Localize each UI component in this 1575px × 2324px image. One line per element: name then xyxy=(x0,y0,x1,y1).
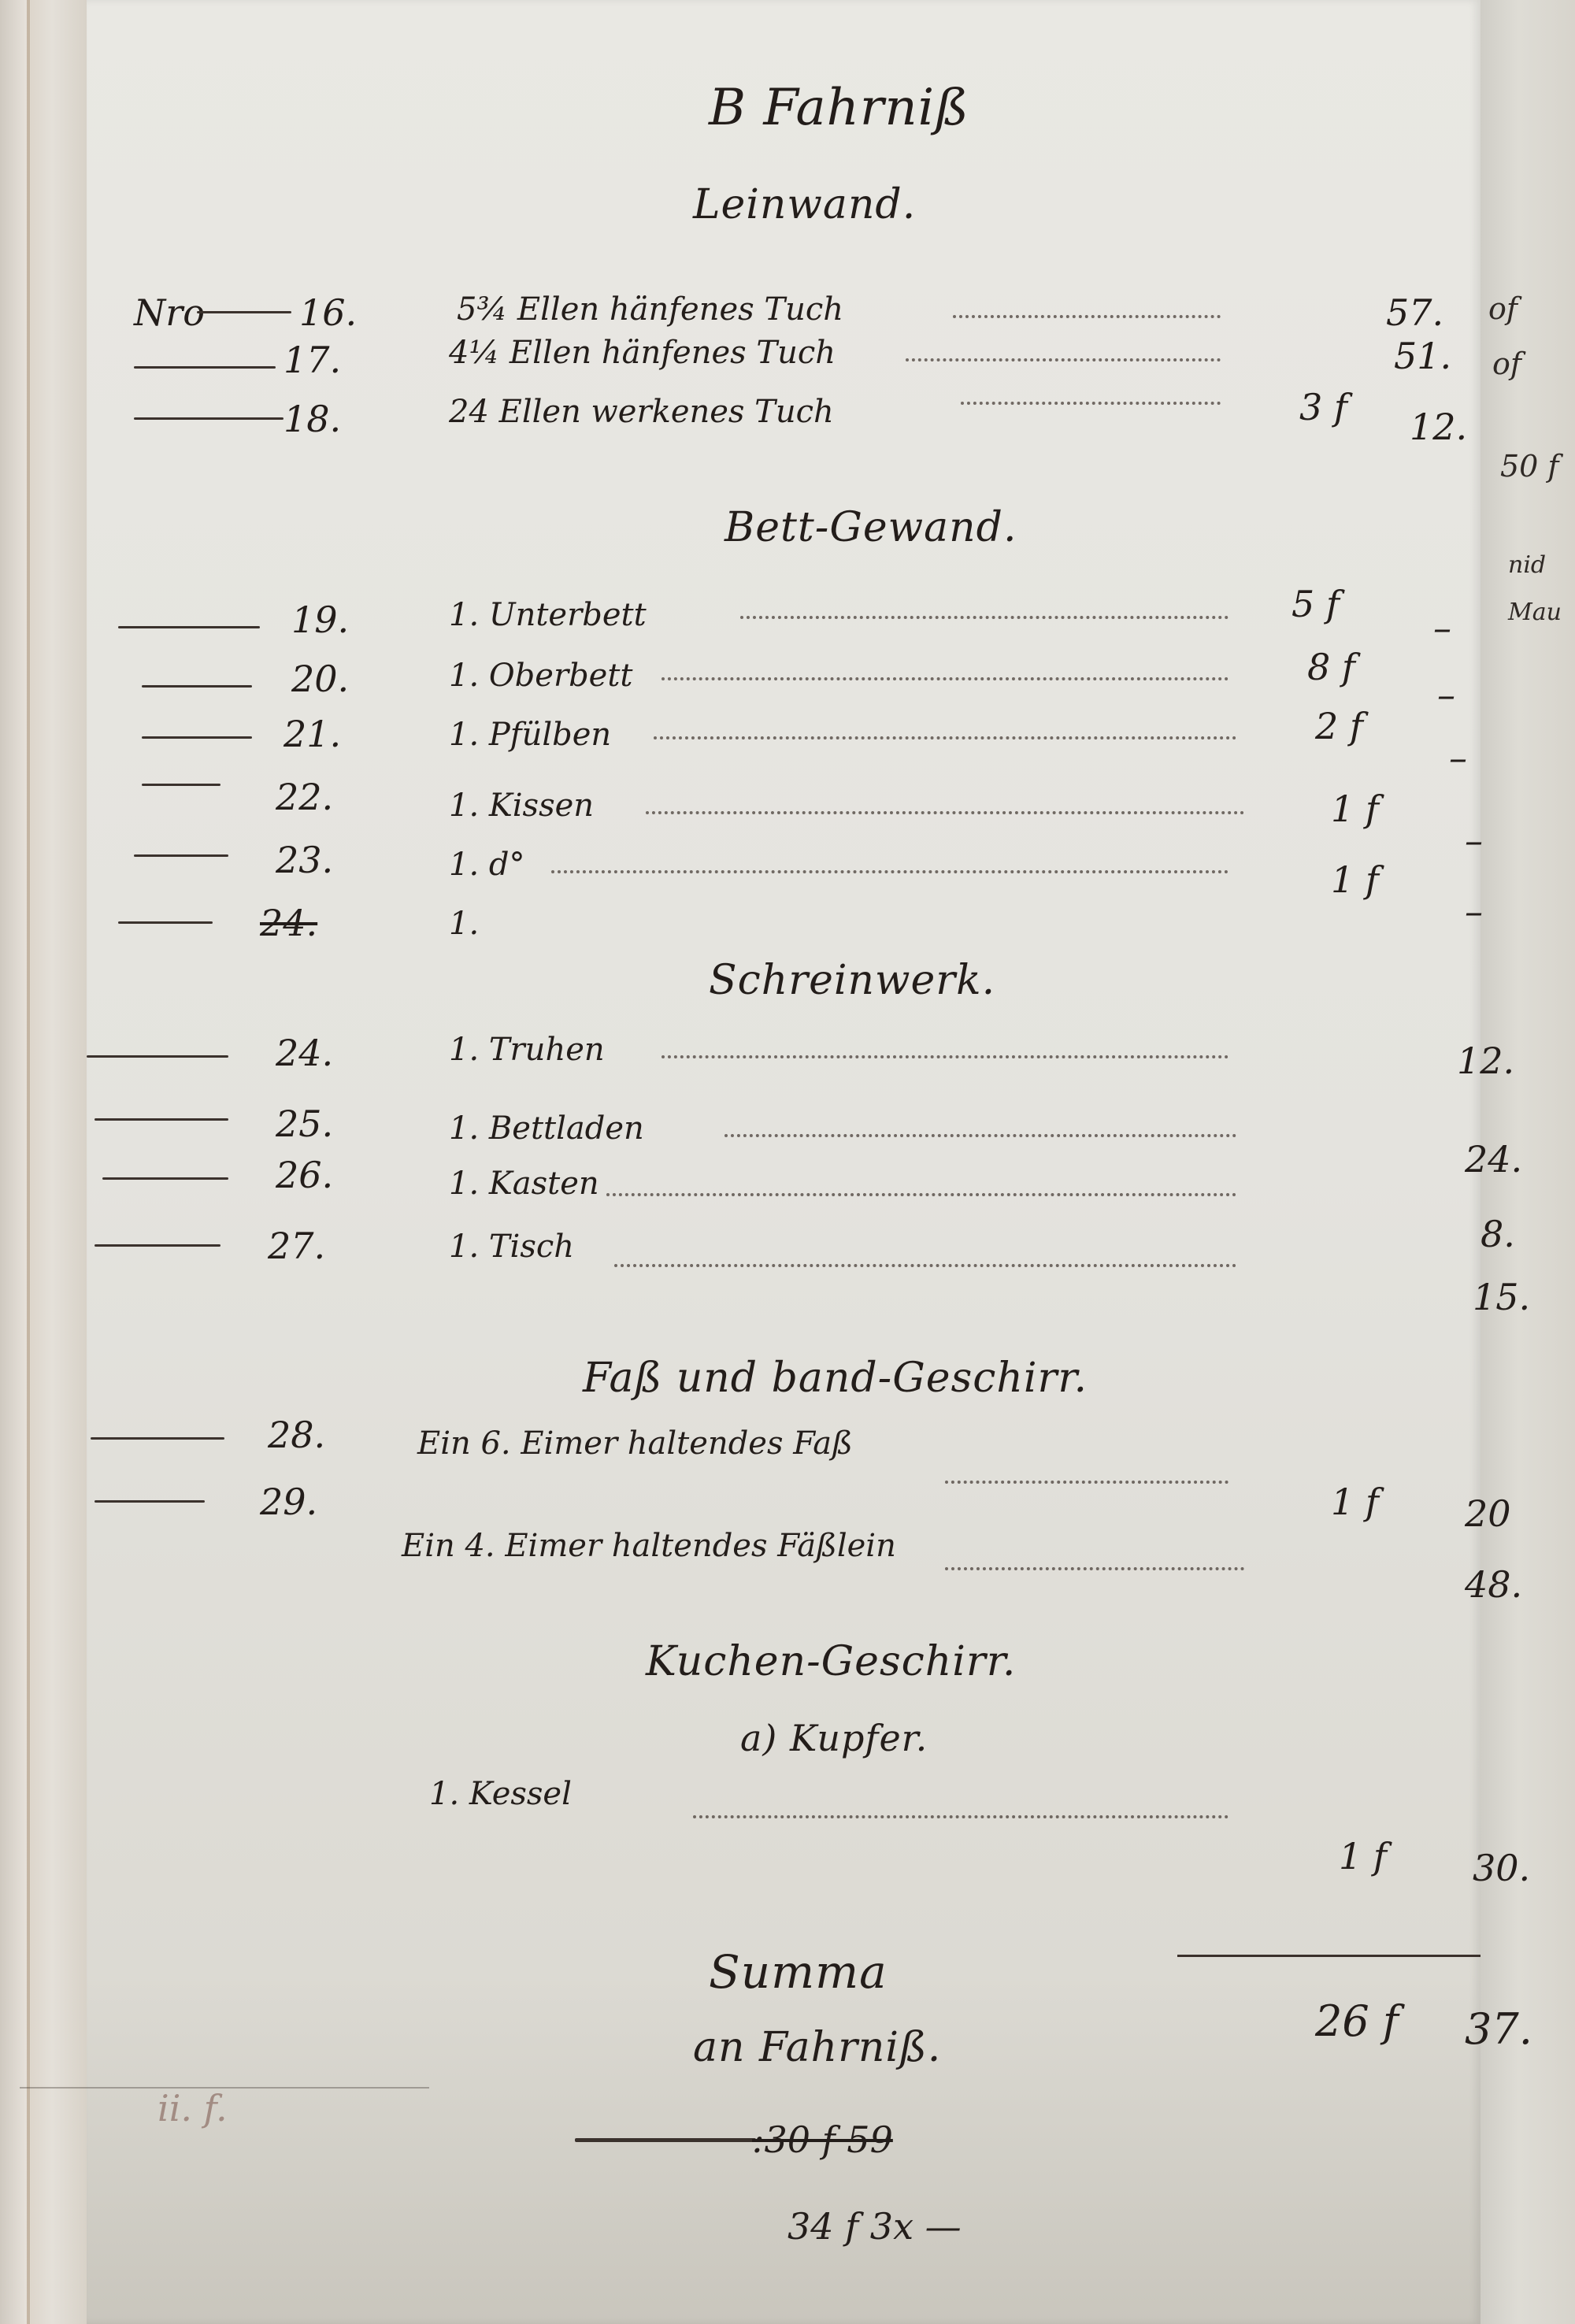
item-description: Ein 4. Eimer haltendes Fäßlein xyxy=(402,1528,896,1564)
item-description: 1. xyxy=(449,906,479,942)
item-description: 1. Kissen xyxy=(449,788,594,824)
leader-dots xyxy=(740,616,1228,619)
item-description: 1. Kessel xyxy=(429,1776,572,1812)
item-gulden: 8 f xyxy=(1307,646,1355,688)
dash-line xyxy=(142,685,252,688)
item-description: 1. Tisch xyxy=(449,1229,574,1265)
item-number: 20. xyxy=(291,658,349,700)
dash-line xyxy=(102,1177,228,1180)
dash-line xyxy=(91,1437,224,1440)
item-kreuzer: 20 xyxy=(1465,1492,1511,1535)
leader-dots xyxy=(614,1264,1236,1267)
dash-line xyxy=(118,626,260,628)
leader-dots xyxy=(961,402,1221,405)
dash-line xyxy=(94,1244,220,1247)
dash-line xyxy=(575,2138,756,2142)
dash-line xyxy=(134,366,276,369)
item-gulden: 3 f xyxy=(1299,386,1347,428)
item-number: 22. xyxy=(276,776,333,818)
summa-label: Summa xyxy=(709,1945,888,1999)
leader-dots xyxy=(906,358,1221,361)
dash-line xyxy=(87,1055,228,1058)
bleed-through-text: ii. f. xyxy=(157,2087,228,2129)
adjacent-page-edge-left xyxy=(0,0,87,2324)
item-gulden: 2 f xyxy=(1315,705,1363,747)
item-kreuzer: – xyxy=(1433,606,1451,649)
item-gulden: 1 f xyxy=(1339,1835,1387,1877)
struck-total: :30 f 59 xyxy=(752,2118,893,2161)
leader-dots xyxy=(661,1055,1228,1058)
item-number: 29. xyxy=(260,1481,317,1523)
margin-note: of xyxy=(1488,291,1518,326)
section-heading-leinwand: Leinwand. xyxy=(693,181,916,228)
item-kreuzer: 8. xyxy=(1480,1213,1515,1255)
item-number: 28. xyxy=(268,1414,325,1456)
leader-dots xyxy=(945,1481,1228,1484)
item-description: 4¼ Ellen hänfenes Tuch xyxy=(449,335,836,371)
item-kreuzer: 30. xyxy=(1473,1847,1530,1889)
item-kreuzer: 12. xyxy=(1457,1040,1514,1082)
dash-line xyxy=(142,784,220,786)
leader-dots xyxy=(606,1193,1236,1196)
leader-dots xyxy=(646,811,1244,814)
item-gulden: 5 f xyxy=(1291,583,1340,625)
summa-label-line2: an Fahrniß. xyxy=(693,2024,941,2071)
dash-line xyxy=(134,854,228,857)
leader-dots xyxy=(551,870,1228,873)
dash-line xyxy=(134,417,283,420)
item-number: 24. xyxy=(276,1032,333,1074)
leader-dots xyxy=(953,315,1221,318)
margin-note: of xyxy=(1492,347,1521,381)
item-kreuzer: 51. xyxy=(1394,335,1451,377)
item-description: 1. Kasten xyxy=(449,1166,599,1202)
item-number: 21. xyxy=(283,713,341,755)
dash-line xyxy=(94,1118,228,1121)
item-kreuzer: – xyxy=(1465,890,1483,932)
item-number: 26. xyxy=(276,1154,333,1196)
leader-dots xyxy=(661,677,1228,680)
item-number: 18. xyxy=(283,398,341,440)
item-kreuzer: – xyxy=(1465,819,1483,862)
item-kreuzer: 48. xyxy=(1465,1563,1522,1606)
total-gulden: 26 f xyxy=(1315,1996,1399,2046)
item-description: 5¾ Ellen hänfenes Tuch xyxy=(457,291,843,328)
section-heading-schreinwerk: Schreinwerk. xyxy=(709,957,995,1004)
item-gulden: 1 f xyxy=(1331,788,1379,830)
sum-rule xyxy=(1177,1955,1480,1957)
item-gulden: 1 f xyxy=(1331,1481,1379,1523)
dash-line xyxy=(118,921,213,924)
item-gulden: 1 f xyxy=(1331,858,1379,901)
item-kreuzer: 57. xyxy=(1386,291,1443,334)
leader-dots xyxy=(945,1567,1244,1570)
item-kreuzer: – xyxy=(1449,736,1467,779)
leader-dots xyxy=(654,736,1236,739)
total-kreuzer: 37. xyxy=(1465,2004,1532,2054)
margin-note: nid xyxy=(1508,551,1546,579)
item-description: Ein 6. Eimer haltendes Faß xyxy=(417,1425,853,1462)
item-description: 1. Truhen xyxy=(449,1032,605,1068)
dash-line xyxy=(197,311,291,313)
dash-line xyxy=(94,1500,205,1503)
page-edge-line xyxy=(27,0,30,2324)
margin-note: Mau xyxy=(1508,599,1562,626)
leader-dots xyxy=(693,1815,1228,1818)
item-number: 23. xyxy=(276,839,333,881)
item-kreuzer: 15. xyxy=(1473,1276,1530,1318)
item-number-struck: 24. xyxy=(260,902,317,944)
page-title: B Fahrniß xyxy=(709,79,969,137)
item-description: 1. Unterbett xyxy=(449,597,647,633)
section-heading-kuchengeschirr: Kuchen-Geschirr. xyxy=(646,1638,1016,1685)
item-number: 25. xyxy=(276,1103,333,1145)
item-prefix: Nro xyxy=(134,291,205,334)
subsection-heading-kupfer: a) Kupfer. xyxy=(740,1717,928,1759)
corrected-total: 34 f 3x — xyxy=(787,2205,962,2248)
item-number: 16. xyxy=(299,291,357,334)
item-description: 24 Ellen werkenes Tuch xyxy=(449,394,834,430)
item-description: 1. Pfülben xyxy=(449,717,611,753)
item-description: 1. d° xyxy=(449,847,524,883)
margin-note: 50 f xyxy=(1500,449,1559,484)
dash-line xyxy=(142,736,252,739)
bleed-through-rule xyxy=(20,2087,429,2089)
item-number: 19. xyxy=(291,599,349,641)
item-number: 27. xyxy=(268,1225,325,1267)
item-kreuzer: – xyxy=(1437,673,1455,716)
section-heading-fassgeschirr: Faß und band-Geschirr. xyxy=(583,1355,1088,1402)
item-number: 17. xyxy=(283,339,341,381)
item-kreuzer: 12. xyxy=(1410,406,1467,448)
section-heading-bettgewand: Bett-Gewand. xyxy=(724,504,1017,551)
item-description: 1. Oberbett xyxy=(449,658,633,694)
item-description: 1. Bettladen xyxy=(449,1110,644,1147)
item-kreuzer: 24. xyxy=(1465,1138,1522,1181)
leader-dots xyxy=(724,1134,1236,1137)
